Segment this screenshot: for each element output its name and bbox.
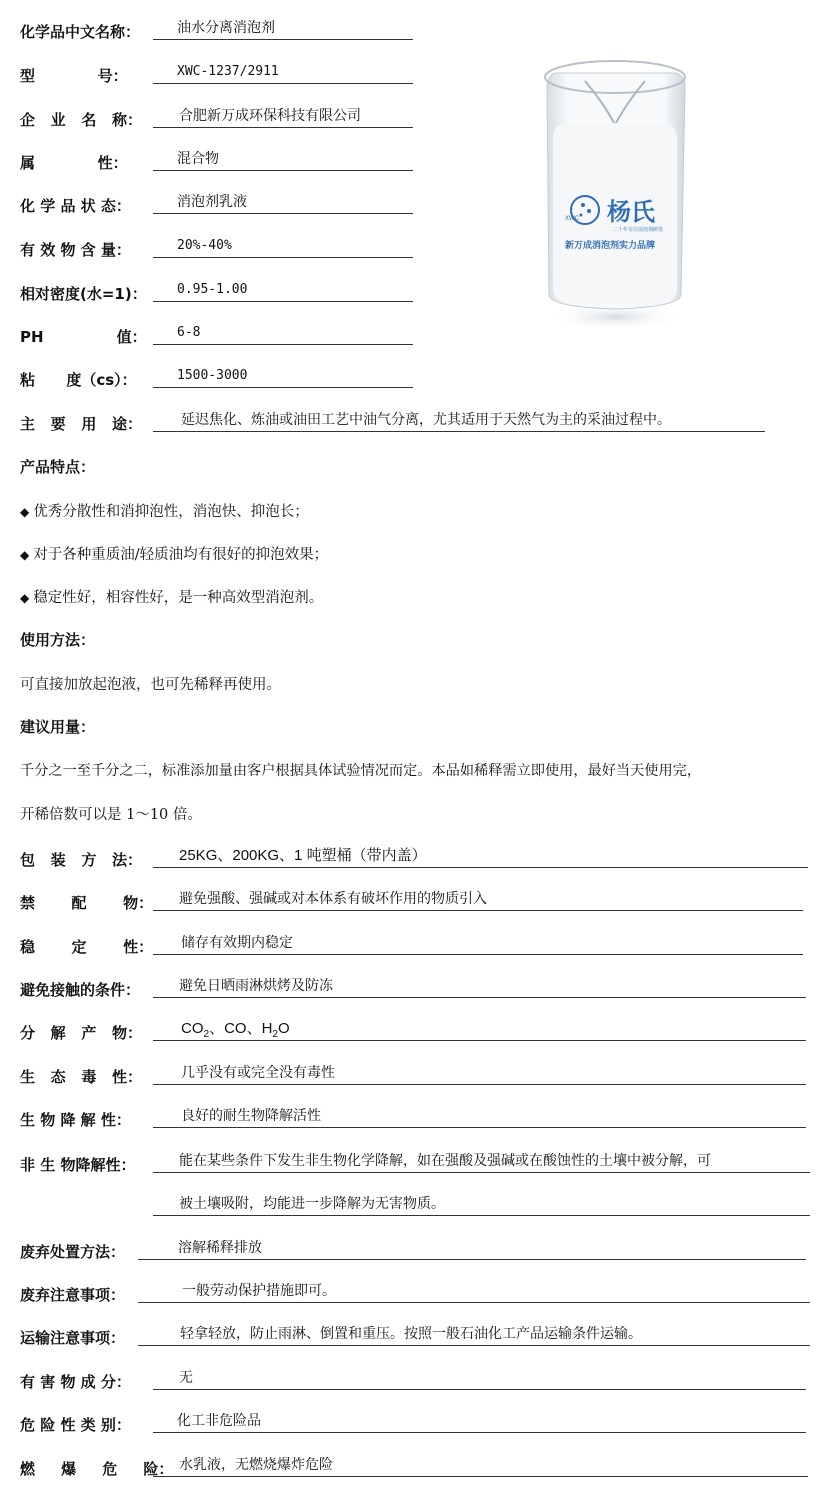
field-value: 1500-3000 <box>153 366 413 388</box>
field-value: 合肥新万成环保科技有限公司 <box>153 106 413 128</box>
field-value-line2: 被土壤吸附，均能进一步降解为无害物质。 <box>153 1194 810 1216</box>
field-label: 相对密度(水=1)： <box>20 284 147 304</box>
field-model: 型 号： <box>20 62 128 86</box>
field-value: 油水分离消泡剂 <box>153 18 413 40</box>
field-value: 良好的耐生物降解活性 <box>153 1106 806 1128</box>
field-label: 废弃处置方法： <box>20 1242 125 1262</box>
field-label: 主 要 用 途： <box>20 414 142 434</box>
field-chemical-name: 化学品中文名称： <box>20 18 140 42</box>
field-packaging: 包 装 方 法： <box>20 846 142 870</box>
field-label: 燃 爆 危 险： <box>20 1459 173 1479</box>
dosage-text-line2: 开稀倍数可以是 1～10 倍。 <box>20 803 202 824</box>
field-label: 危 险 性 类 别： <box>20 1415 131 1435</box>
feature-text: 稳定性好，相容性好，是一种高效型消泡剂。 <box>33 590 323 606</box>
field-avoid-conditions: 避免接触的条件： <box>20 976 140 1000</box>
field-label: 化学品中文名称： <box>20 22 140 42</box>
field-company: 企 业 名 称： <box>20 106 142 130</box>
field-disposal-notes: 废弃注意事项： <box>20 1281 125 1305</box>
field-property: 属 性： <box>20 149 128 173</box>
field-label: 有 效 物 含 量： <box>20 240 131 260</box>
field-eco-toxicity: 生 态 毒 性： <box>20 1063 142 1087</box>
field-value: 化工非危险品 <box>153 1411 806 1433</box>
svg-text:杨氏: 杨氏 <box>607 197 656 226</box>
field-abiotic-degradation: 非 生 物降解性： <box>20 1151 135 1175</box>
field-label: 生 物 降 解 性： <box>20 1110 131 1130</box>
usage-text: 可直接加放起泡液，也可先稀释再使用。 <box>20 673 281 694</box>
field-label: 有 害 物 成 分： <box>20 1372 131 1392</box>
field-value: 储存有效期内稳定 <box>153 933 803 955</box>
field-label: 属 性： <box>20 153 128 173</box>
field-stability: 稳 定 性： <box>20 933 153 957</box>
field-value: XWC-1237/2911 <box>153 62 413 84</box>
svg-text:XWC: XWC <box>565 216 580 222</box>
diamond-bullet-icon: ◆ <box>20 591 29 605</box>
feature-item: ◆优秀分散性和消抑泡性，消泡快、抑泡长； <box>20 500 309 521</box>
field-label: 废弃注意事项： <box>20 1285 125 1305</box>
field-label: 化 学 品 状 态： <box>20 196 131 216</box>
feature-item: ◆稳定性好，相容性好，是一种高效型消泡剂。 <box>20 586 323 607</box>
feature-item: ◆对于各种重质油/轻质油均有很好的抑泡效果； <box>20 543 328 564</box>
field-value: 25KG、200KG、1 吨塑桶（带内盖） <box>153 846 808 868</box>
field-label: 禁 配 物： <box>20 893 153 913</box>
field-hazard-class: 危 险 性 类 别： <box>20 1411 131 1435</box>
field-value: CO2、CO、H2O <box>153 1019 806 1041</box>
dosage-text-line1: 千分之一至千分之二，标准添加量由客户根据具体试验情况而定。本品如稀释需立即使用，… <box>20 760 701 780</box>
field-value: 20%-40% <box>153 236 413 258</box>
svg-text:新万成消泡剂实力品牌: 新万成消泡剂实力品牌 <box>565 239 655 251</box>
field-active-content: 有 效 物 含 量： <box>20 236 131 260</box>
field-ph: PH 值： <box>20 323 147 347</box>
field-label: 非 生 物降解性： <box>20 1155 135 1175</box>
field-value: 混合物 <box>153 149 413 171</box>
field-density: 相对密度(水=1)： <box>20 280 147 304</box>
field-label: PH 值： <box>20 327 147 347</box>
field-fire-explosion: 燃 爆 危 险： <box>20 1455 173 1479</box>
field-biodegradability: 生 物 降 解 性： <box>20 1106 131 1130</box>
field-label: 分 解 产 物： <box>20 1023 142 1043</box>
field-label: 稳 定 性： <box>20 937 153 957</box>
field-value: 能在某些条件下发生非生物化学降解，如在强酸及强碱或在酸蚀性的土壤中被分解，可 <box>153 1151 810 1173</box>
product-image: XWC 杨氏 二十年专注消泡剂研发 新万成消泡剂实力品牌 <box>535 45 695 335</box>
field-label: 企 业 名 称： <box>20 110 142 130</box>
field-incompatible: 禁 配 物： <box>20 889 153 913</box>
field-value: 水乳液，无燃烧爆炸危险 <box>153 1455 808 1477</box>
field-label: 运输注意事项： <box>20 1328 125 1348</box>
beaker-icon: XWC 杨氏 二十年专注消泡剂研发 新万成消泡剂实力品牌 <box>535 45 695 335</box>
field-label: 粘 度（cs）： <box>20 370 137 390</box>
field-value: 6-8 <box>153 323 413 345</box>
field-value: 无 <box>153 1368 806 1390</box>
field-value: 避免日晒雨淋烘烤及防冻 <box>153 976 806 998</box>
features-heading: 产品特点： <box>20 456 95 477</box>
formula-part: O <box>278 1020 290 1037</box>
formula-part: CO <box>181 1020 204 1037</box>
field-viscosity: 粘 度（cs）： <box>20 366 137 390</box>
field-label: 型 号： <box>20 66 128 86</box>
svg-text:二十年专注消泡剂研发: 二十年专注消泡剂研发 <box>613 226 663 233</box>
feature-text: 对于各种重质油/轻质油均有很好的抑泡效果； <box>33 547 328 563</box>
field-label: 避免接触的条件： <box>20 980 140 1000</box>
usage-heading: 使用方法： <box>20 629 95 650</box>
field-state: 化 学 品 状 态： <box>20 192 131 216</box>
field-disposal-method: 废弃处置方法： <box>20 1238 125 1262</box>
field-transport-notes: 运输注意事项： <box>20 1324 125 1348</box>
field-value: 轻拿轻放，防止雨淋、倒置和重压。按照一般石油化工产品运输条件运输。 <box>138 1324 810 1346</box>
field-value: 一般劳动保护措施即可。 <box>138 1281 810 1303</box>
field-value: 避免强酸、强碱或对本体系有破坏作用的物质引入 <box>153 889 803 911</box>
field-value: 溶解稀释排放 <box>138 1238 806 1260</box>
feature-text: 优秀分散性和消抑泡性，消泡快、抑泡长； <box>33 504 309 520</box>
diamond-bullet-icon: ◆ <box>20 548 29 562</box>
field-hazardous-components: 有 害 物 成 分： <box>20 1368 131 1392</box>
field-label: 生 态 毒 性： <box>20 1067 142 1087</box>
formula-part: 、CO、H <box>209 1020 272 1037</box>
field-value: 几乎没有或完全没有毒性 <box>153 1063 806 1085</box>
field-value: 消泡剂乳液 <box>153 192 413 214</box>
field-value: 0.95-1.00 <box>153 280 413 302</box>
field-main-use: 主 要 用 途： <box>20 410 142 434</box>
diamond-bullet-icon: ◆ <box>20 505 29 519</box>
field-decomposition: 分 解 产 物： <box>20 1019 142 1043</box>
dosage-heading: 建议用量： <box>20 716 95 737</box>
field-label: 包 装 方 法： <box>20 850 142 870</box>
field-value: 延迟焦化、炼油或油田工艺中油气分离，尤其适用于天然气为主的采油过程中。 <box>153 410 765 432</box>
